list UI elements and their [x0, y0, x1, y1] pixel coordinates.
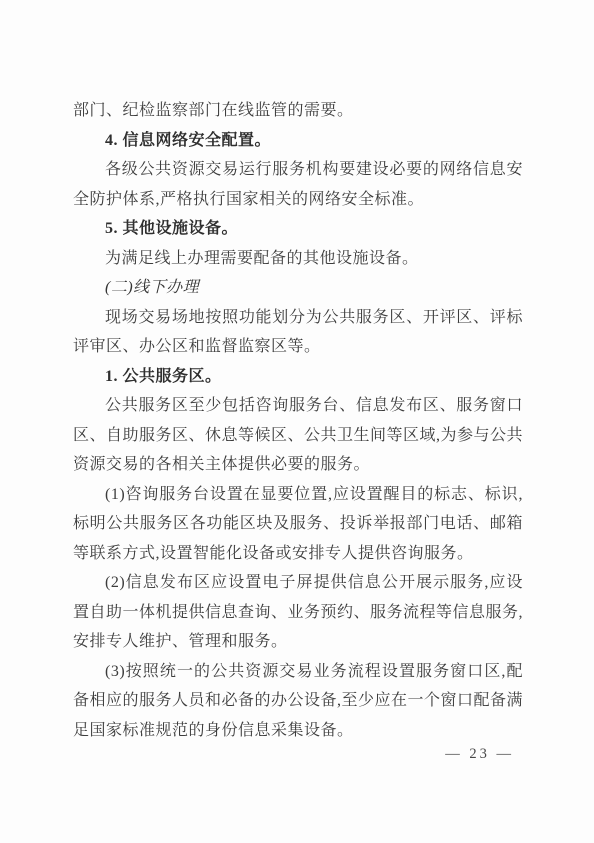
paragraph-body: 现场交易场地按照功能划分为公共服务区、开评区、评标评审区、办公区和监督监察区等。 [73, 303, 523, 362]
paragraph-body: 公共服务区至少包括咨询服务台、信息发布区、服务窗口区、自助服务区、休息等候区、公… [73, 391, 523, 480]
paragraph-heading-bold: 1. 公共服务区。 [73, 362, 523, 392]
paragraph-body: 为满足线上办理需要配备的其他设施设备。 [73, 244, 523, 274]
paragraph-body: (2)信息发布区应设置电子屏提供信息公开展示服务,应设置自助一体机提供信息查询、… [73, 568, 523, 657]
paragraph-body: 各级公共资源交易运行服务机构要建设必要的网络信息安全防护体系,严格执行国家相关的… [73, 155, 523, 214]
document-page: 部门、纪检监察部门在线监管的需要。4. 信息网络安全配置。各级公共资源交易运行服… [0, 0, 594, 843]
paragraph-heading-kai: (二)线下办理 [73, 273, 523, 303]
paragraph-body: (1)咨询服务台设置在显要位置,应设置醒目的标志、标识,标明公共服务区各功能区块… [73, 480, 523, 569]
paragraph-heading-bold: 4. 信息网络安全配置。 [73, 126, 523, 156]
paragraph-body-continuation: 部门、纪检监察部门在线监管的需要。 [73, 96, 523, 126]
page-body-text: 部门、纪检监察部门在线监管的需要。4. 信息网络安全配置。各级公共资源交易运行服… [73, 96, 523, 745]
page-number: — 23 — [445, 746, 514, 763]
paragraph-heading-bold: 5. 其他设施设备。 [73, 214, 523, 244]
paragraph-body: (3)按照统一的公共资源交易业务流程设置服务窗口区,配备相应的服务人员和必备的办… [73, 657, 523, 746]
